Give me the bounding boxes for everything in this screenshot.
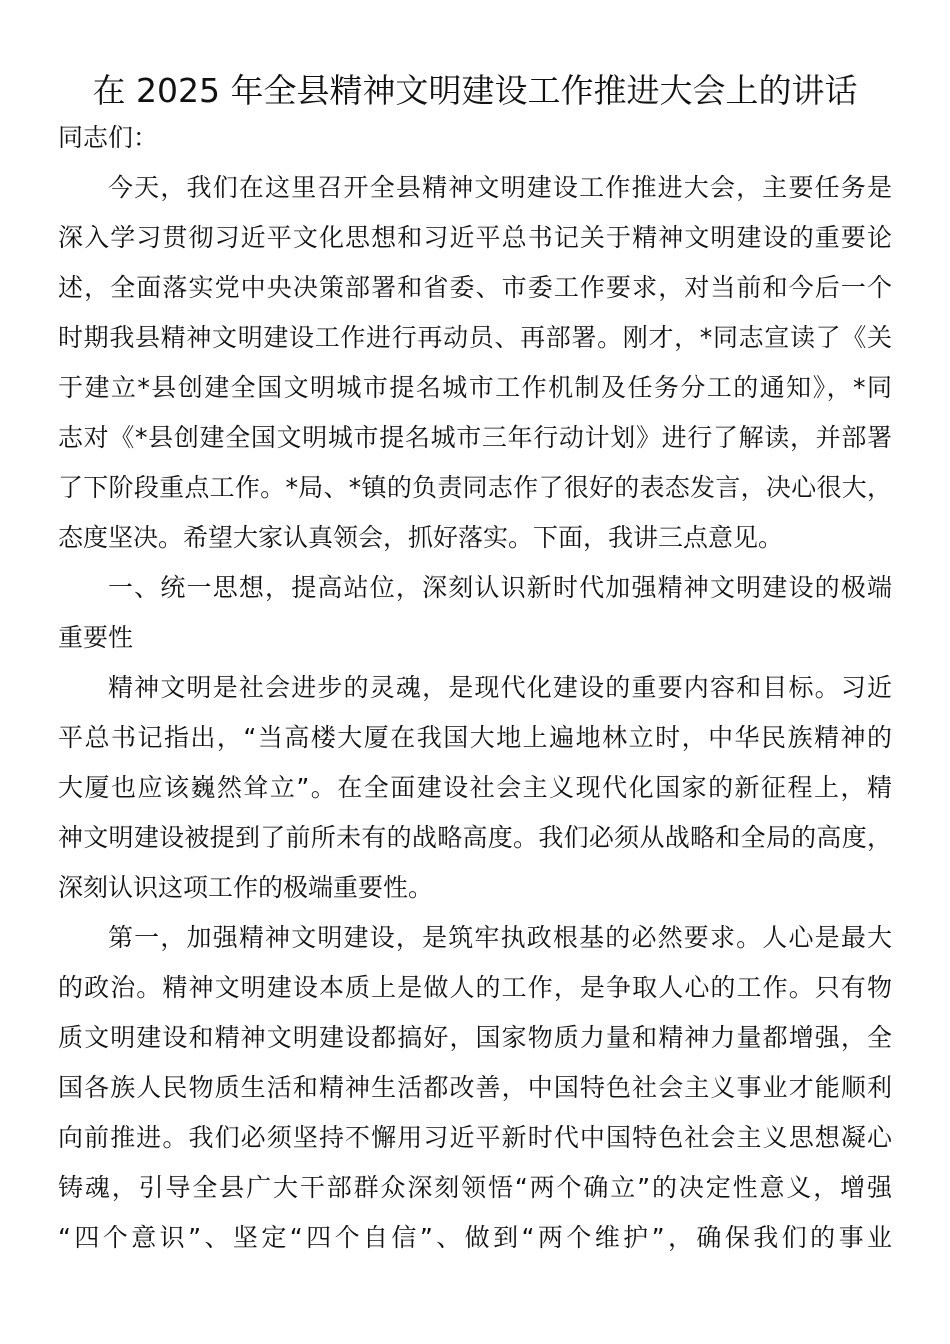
document-page: 在 2025 年全县精神文明建设工作推进大会上的讲话 同志们： 今天，我们在这里…	[0, 0, 950, 1344]
paragraph-line: 了下阶段重点工作。*局、*镇的负责同志作了很好的表态发言，决心很大，	[58, 463, 892, 513]
paragraph-line: 深入学习贯彻习近平文化思想和习近平总书记关于精神文明建设的重要论	[58, 213, 892, 263]
paragraph-line: 平总书记指出，“当高楼大厦在我国大地上遍地林立时，中华民族精神的	[58, 713, 892, 763]
paragraph-line: 今天，我们在这里召开全县精神文明建设工作推进大会，主要任务是	[58, 163, 892, 213]
paragraph-line: 于建立*县创建全国文明城市提名城市工作机制及任务分工的通知》，*同	[58, 363, 892, 413]
paragraph-line: 国各族人民物质生活和精神生活都改善，中国特色社会主义事业才能顺利	[58, 1063, 892, 1113]
paragraph-line: 深刻认识这项工作的极端重要性。	[58, 863, 892, 913]
document-title: 在 2025 年全县精神文明建设工作推进大会上的讲话	[58, 66, 892, 116]
paragraph-line: 精神文明是社会进步的灵魂，是现代化建设的重要内容和目标。习近	[58, 663, 892, 713]
paragraph-line: 态度坚决。希望大家认真领会，抓好落实。下面，我讲三点意见。	[58, 513, 892, 563]
paragraph-line: 质文明建设和精神文明建设都搞好，国家物质力量和精神力量都增强，全	[58, 1013, 892, 1063]
salutation: 同志们：	[58, 113, 892, 163]
section-heading-line: 一、统一思想，提高站位，深刻认识新时代加强精神文明建设的极端	[58, 563, 892, 613]
paragraph-line: 神文明建设被提到了前所未有的战略高度。我们必须从战略和全局的高度，	[58, 813, 892, 863]
paragraph-line: 述，全面落实党中央决策部署和省委、市委工作要求，对当前和今后一个	[58, 263, 892, 313]
paragraph-line: 铸魂，引导全县广大干部群众深刻领悟“两个确立”的决定性意义，增强	[58, 1163, 892, 1213]
paragraph-line: 时期我县精神文明建设工作进行再动员、再部署。刚才，*同志宣读了《关	[58, 313, 892, 363]
paragraph-line: 的政治。精神文明建设本质上是做人的工作，是争取人心的工作。只有物	[58, 963, 892, 1013]
paragraph-line: “四个意识”、坚定“四个自信”、做到“两个维护”，确保我们的事业	[58, 1213, 892, 1263]
paragraph-line: 大厦也应该巍然耸立”。在全面建设社会主义现代化国家的新征程上，精	[58, 763, 892, 813]
paragraph-line: 向前推进。我们必须坚持不懈用习近平新时代中国特色社会主义思想凝心	[58, 1113, 892, 1163]
section-heading-line: 重要性	[58, 613, 892, 663]
paragraph-line: 第一，加强精神文明建设，是筑牢执政根基的必然要求。人心是最大	[58, 913, 892, 963]
paragraph-line: 志对《*县创建全国文明城市提名城市三年行动计划》进行了解读，并部署	[58, 413, 892, 463]
